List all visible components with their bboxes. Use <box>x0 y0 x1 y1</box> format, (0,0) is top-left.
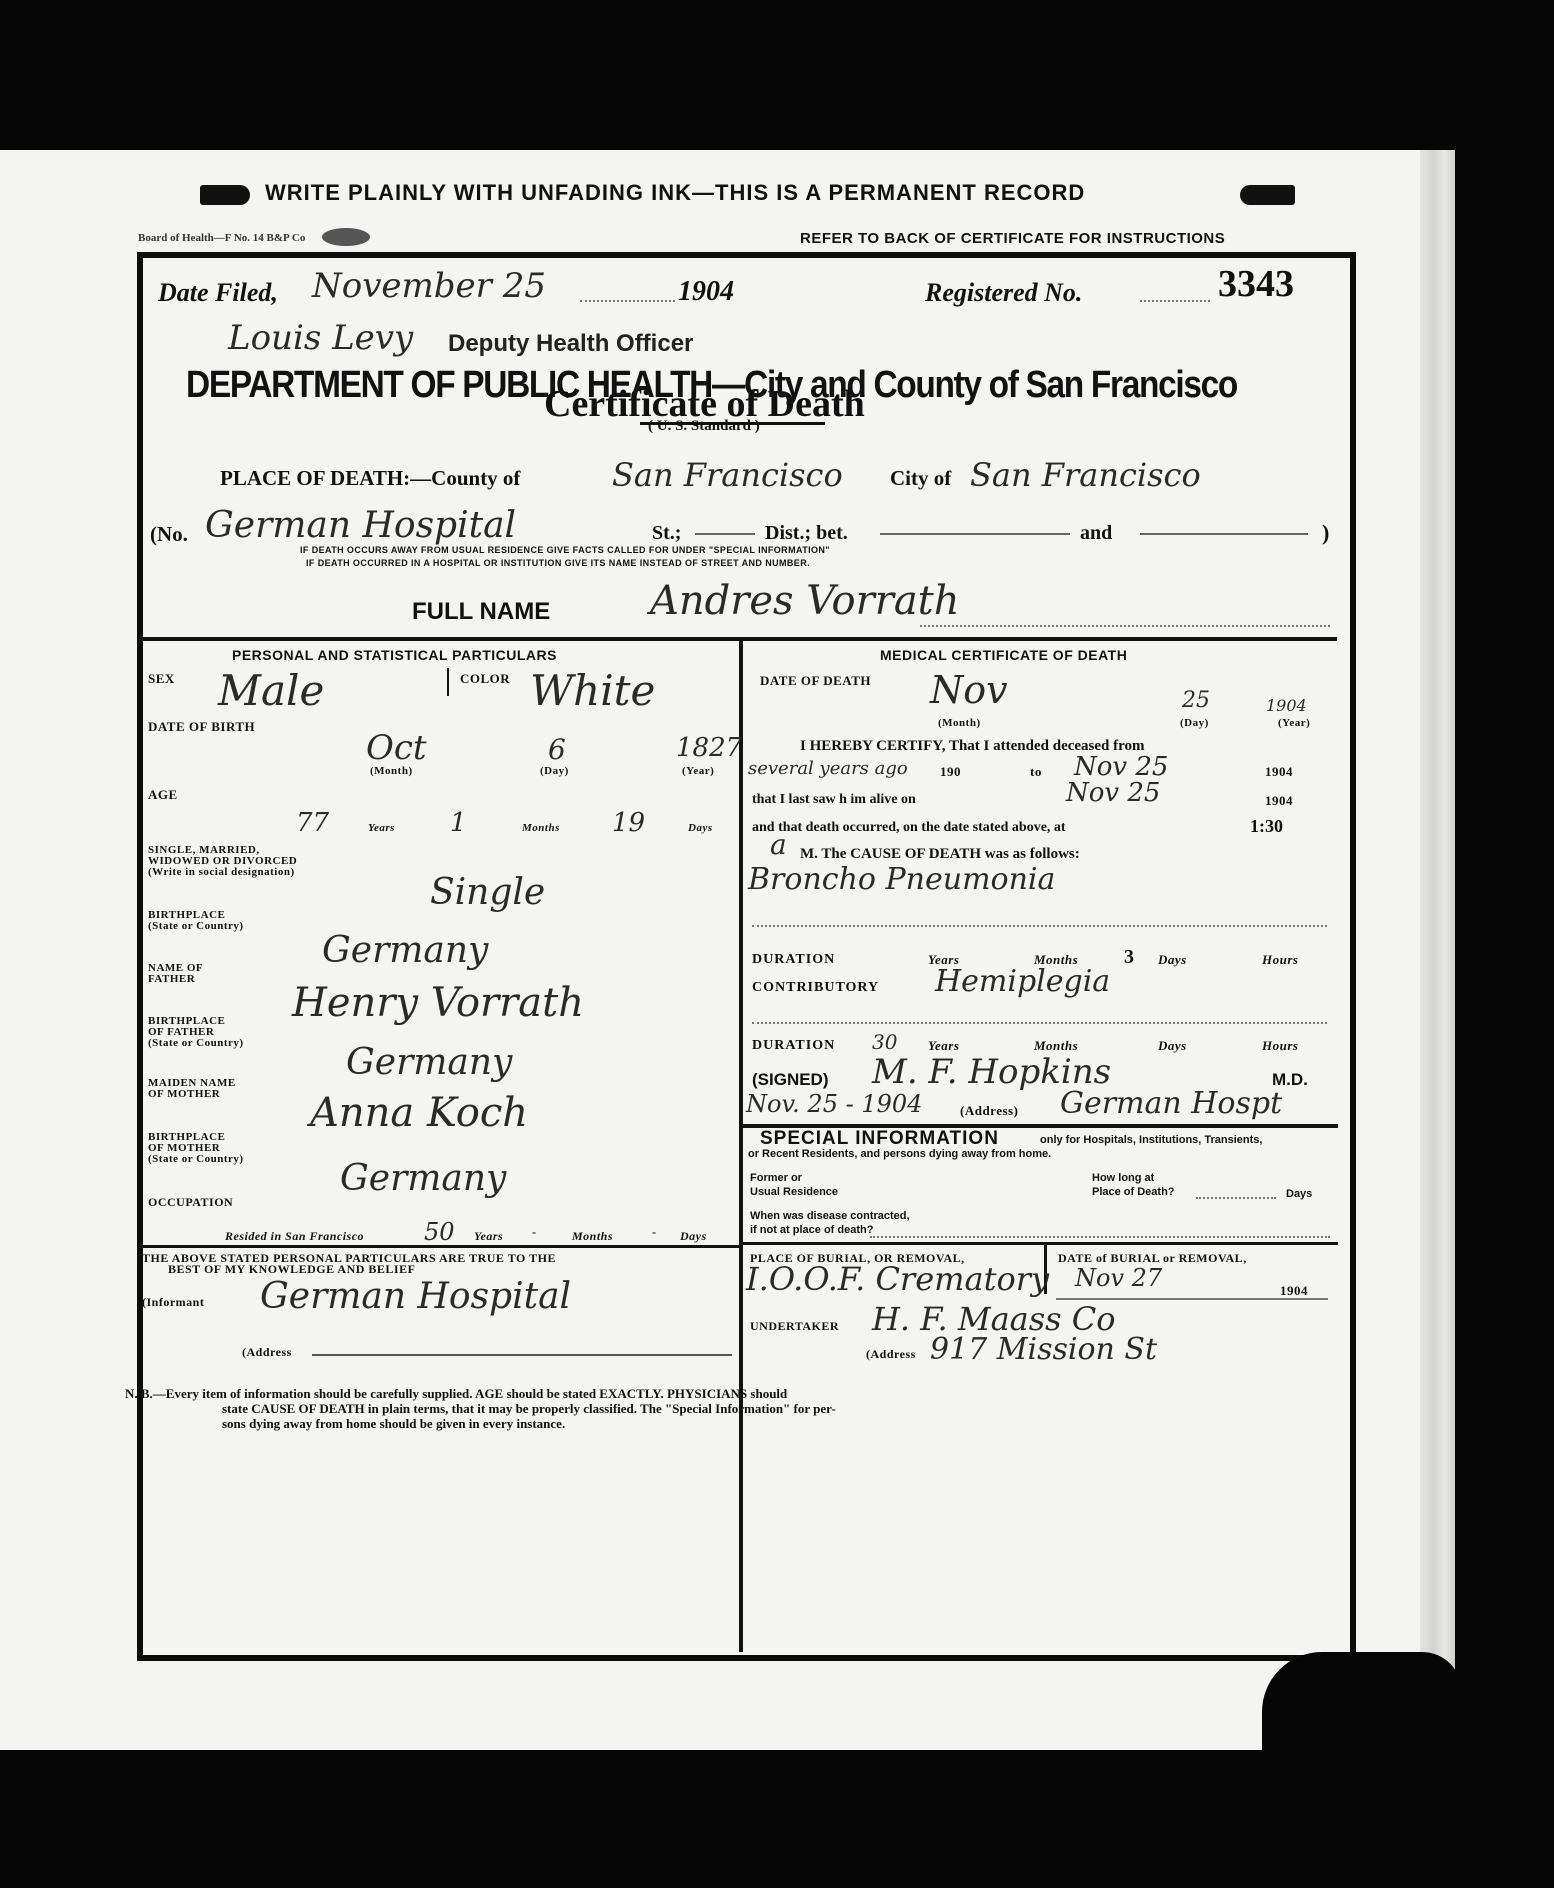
certificate-subtitle: ( U. S. Standard ) <box>648 418 760 435</box>
marital-value: Single <box>430 872 545 913</box>
birthplace-value: Germany <box>322 930 488 971</box>
column-divider <box>739 640 743 1652</box>
duration2-years: 30 <box>872 1030 897 1054</box>
mother-label-2: OF MOTHER <box>148 1089 220 1100</box>
registered-number: 3343 <box>1218 262 1294 306</box>
age-days-caption: Days <box>688 822 713 835</box>
mother-name: Anna Koch <box>310 1090 528 1136</box>
time-of-death: 1:30 <box>1250 816 1283 837</box>
contracted-label-2: if not at place of death? <box>750 1224 873 1236</box>
footnote-line-1: N. B.—Every item of information should b… <box>125 1386 787 1402</box>
residence-note-2: IF DEATH OCCURRED IN A HOSPITAL OR INSTI… <box>306 558 810 568</box>
sex-label: SEX <box>148 672 175 685</box>
county-value: San Francisco <box>612 456 843 494</box>
street-label: St.; <box>652 522 681 545</box>
special-heading-rest: only for Hospitals, Institutions, Transi… <box>1040 1134 1262 1146</box>
date-filed-label: Date Filed, <box>158 278 278 308</box>
district-line <box>880 533 1070 535</box>
dob-year-caption: (Year) <box>682 765 714 778</box>
sex-color-divider <box>447 668 449 696</box>
dod-year-caption: (Year) <box>1278 717 1310 730</box>
resided-days-caption: Days <box>680 1230 707 1243</box>
printer-seal-icon <box>322 228 370 246</box>
informant-address-line <box>312 1354 732 1356</box>
special-heading: SPECIAL INFORMATION <box>760 1128 999 1150</box>
instructions-note: REFER TO BACK OF CERTIFICATE FOR INSTRUC… <box>800 230 1225 247</box>
attended-to-year: 1904 <box>1265 765 1293 778</box>
contracted-label-1: When was disease contracted, <box>750 1210 910 1222</box>
printer-line: Board of Health—F No. 14 B&P Co <box>138 232 305 244</box>
occupation-label: OCCUPATION <box>148 1196 233 1209</box>
date-of-death-label: DATE OF DEATH <box>760 674 871 687</box>
dob-month-caption: (Month) <box>370 765 413 778</box>
last-saw-date: Nov 25 <box>1066 778 1160 808</box>
date-of-death-month: Nov <box>930 668 1008 712</box>
personal-heading: PERSONAL AND STATISTICAL PARTICULARS <box>232 647 557 663</box>
physician-address-label: (Address) <box>960 1104 1018 1117</box>
age-months: 1 <box>450 808 467 838</box>
date-filed-line <box>580 300 675 302</box>
pointing-hand-icon-right <box>1240 185 1295 205</box>
no-label: (No. <box>150 522 188 547</box>
full-name-value: Andres Vorrath <box>650 578 960 624</box>
cause-of-death: Broncho Pneumonia <box>748 862 1055 897</box>
full-name-line <box>920 625 1330 627</box>
burial-divider <box>742 1242 1338 1245</box>
age-years-caption: Years <box>368 822 395 835</box>
city-value: San Francisco <box>970 456 1201 494</box>
color-label: COLOR <box>460 672 510 685</box>
mother-birthplace-label-3: (State or Country) <box>148 1154 244 1165</box>
duration1-days: 3 <box>1124 946 1134 969</box>
contracted-line <box>870 1236 1330 1238</box>
age-label: AGE <box>148 788 178 801</box>
dob-label: DATE OF BIRTH <box>148 720 255 733</box>
place-of-death-label: PLACE OF DEATH:—County of <box>220 466 520 491</box>
duration2-hours-caption: Hours <box>1262 1039 1298 1052</box>
duration2-months-caption: Months <box>1034 1039 1078 1052</box>
full-name-label: FULL NAME <box>412 598 550 626</box>
banner-top-line: WRITE PLAINLY WITH UNFADING INK—THIS IS … <box>265 180 1085 206</box>
informant-statement-2: BEST OF MY KNOWLEDGE AND BELIEF <box>168 1263 415 1276</box>
undertaker-label: UNDERTAKER <box>750 1320 839 1333</box>
medical-heading: MEDICAL CERTIFICATE OF DEATH <box>880 647 1127 663</box>
date-of-death-day: 25 <box>1182 688 1210 713</box>
burial-place: I.O.O.F. Crematory <box>746 1260 1049 1298</box>
informant-address-label: (Address <box>242 1346 292 1359</box>
no-value: German Hospital <box>205 505 516 546</box>
occurred-label: and that death occurred, on the date sta… <box>752 820 1066 836</box>
resided-years-caption: Years <box>474 1230 503 1243</box>
duration-label-2: DURATION <box>752 1038 835 1054</box>
resided-years: 50 <box>424 1218 455 1246</box>
pointing-hand-icon-left <box>200 185 250 205</box>
signed-label: (SIGNED) <box>752 1070 829 1090</box>
and-line <box>1140 533 1308 535</box>
informant-label: (Informant <box>142 1296 204 1309</box>
officer-title: Deputy Health Officer <box>448 330 693 358</box>
resided-months: - <box>532 1226 537 1239</box>
registered-label: Registered No. <box>925 278 1082 308</box>
registered-line <box>1140 300 1210 302</box>
sex-value: Male <box>218 666 324 715</box>
attended-from: several years ago <box>748 758 908 779</box>
duration2-years-caption: Years <box>928 1039 959 1052</box>
how-long-label-1: How long at <box>1092 1172 1154 1184</box>
burial-date: Nov 27 <box>1075 1264 1162 1292</box>
officer-signature: Louis Levy <box>228 318 413 358</box>
contributory-label: CONTRIBUTORY <box>752 980 879 996</box>
how-long-line <box>1196 1197 1276 1199</box>
dob-day: 6 <box>548 733 566 766</box>
street-line <box>695 533 755 535</box>
how-long-days-label: Days <box>1286 1188 1312 1200</box>
father-birthplace: Germany <box>346 1042 512 1083</box>
former-residence-label-2: Usual Residence <box>750 1186 838 1198</box>
dob-year: 1827 <box>676 733 742 763</box>
and-label: and <box>1080 522 1112 545</box>
signed-date: Nov. 25 - 1904 <box>746 1090 922 1118</box>
marital-label-3: (Write in social designation) <box>148 867 295 878</box>
undertaker-address-label: (Address <box>866 1348 916 1361</box>
dod-day-caption: (Day) <box>1180 717 1209 730</box>
informant-value: German Hospital <box>260 1276 571 1317</box>
last-saw-label: that I last saw h im alive on <box>752 792 916 808</box>
duration-label-1: DURATION <box>752 952 835 968</box>
city-label: City of <box>890 466 951 491</box>
father-birthplace-label-3: (State or Country) <box>148 1038 244 1049</box>
attended-to-label: to <box>1030 765 1042 778</box>
father-name: Henry Vorrath <box>292 980 584 1026</box>
informant-divider <box>140 1245 740 1248</box>
resided-months-caption: Months <box>572 1230 613 1243</box>
contributory-value: Hemiplegia <box>935 964 1110 999</box>
cause-line-2 <box>752 925 1327 927</box>
duration1-days-caption: Days <box>1158 953 1187 966</box>
resided-days: - <box>652 1226 657 1239</box>
dob-day-caption: (Day) <box>540 765 569 778</box>
birthplace-label-2: (State or Country) <box>148 921 244 932</box>
resided-label: Resided in San Francisco <box>225 1230 364 1243</box>
residence-note-1: IF DEATH OCCURS AWAY FROM USUAL RESIDENC… <box>300 545 830 555</box>
date-filed-year: 1904 <box>678 276 734 308</box>
cause-label: M. The CAUSE OF DEATH was as follows: <box>800 846 1080 863</box>
am-pm-value: a <box>770 828 787 861</box>
mother-birthplace: Germany <box>340 1158 506 1199</box>
contributory-line <box>752 1022 1327 1024</box>
age-years: 77 <box>296 808 329 838</box>
age-months-caption: Months <box>522 822 560 835</box>
special-heading-line2: or Recent Residents, and persons dying a… <box>748 1148 1051 1160</box>
footnote-line-3: sons dying away from home should be give… <box>222 1416 565 1432</box>
dod-month-caption: (Month) <box>938 717 981 730</box>
scan-shadow <box>1262 1652 1462 1772</box>
dob-month: Oct <box>366 728 427 768</box>
duration2-days-caption: Days <box>1158 1039 1187 1052</box>
how-long-label-2: Place of Death? <box>1092 1186 1175 1198</box>
attended-from-190: 190 <box>940 765 961 778</box>
duration1-hours-caption: Hours <box>1262 953 1298 966</box>
burial-year: 1904 <box>1280 1284 1308 1297</box>
former-residence-label-1: Former or <box>750 1172 802 1184</box>
color-value: White <box>530 666 655 715</box>
last-saw-year: 1904 <box>1265 794 1293 807</box>
close-paren: ) <box>1322 520 1329 546</box>
age-days: 19 <box>612 808 645 838</box>
footnote-line-2: state CAUSE OF DEATH in plain terms, tha… <box>222 1401 836 1417</box>
date-of-death-year: 1904 <box>1266 696 1307 715</box>
physician-address: German Hospt <box>1060 1086 1282 1121</box>
date-filed-value: November 25 <box>312 266 546 306</box>
undertaker-address: 917 Mission St <box>930 1332 1157 1367</box>
binding-edge <box>1420 150 1455 1750</box>
district-label: Dist.; bet. <box>765 522 848 545</box>
father-label-2: FATHER <box>148 974 195 985</box>
